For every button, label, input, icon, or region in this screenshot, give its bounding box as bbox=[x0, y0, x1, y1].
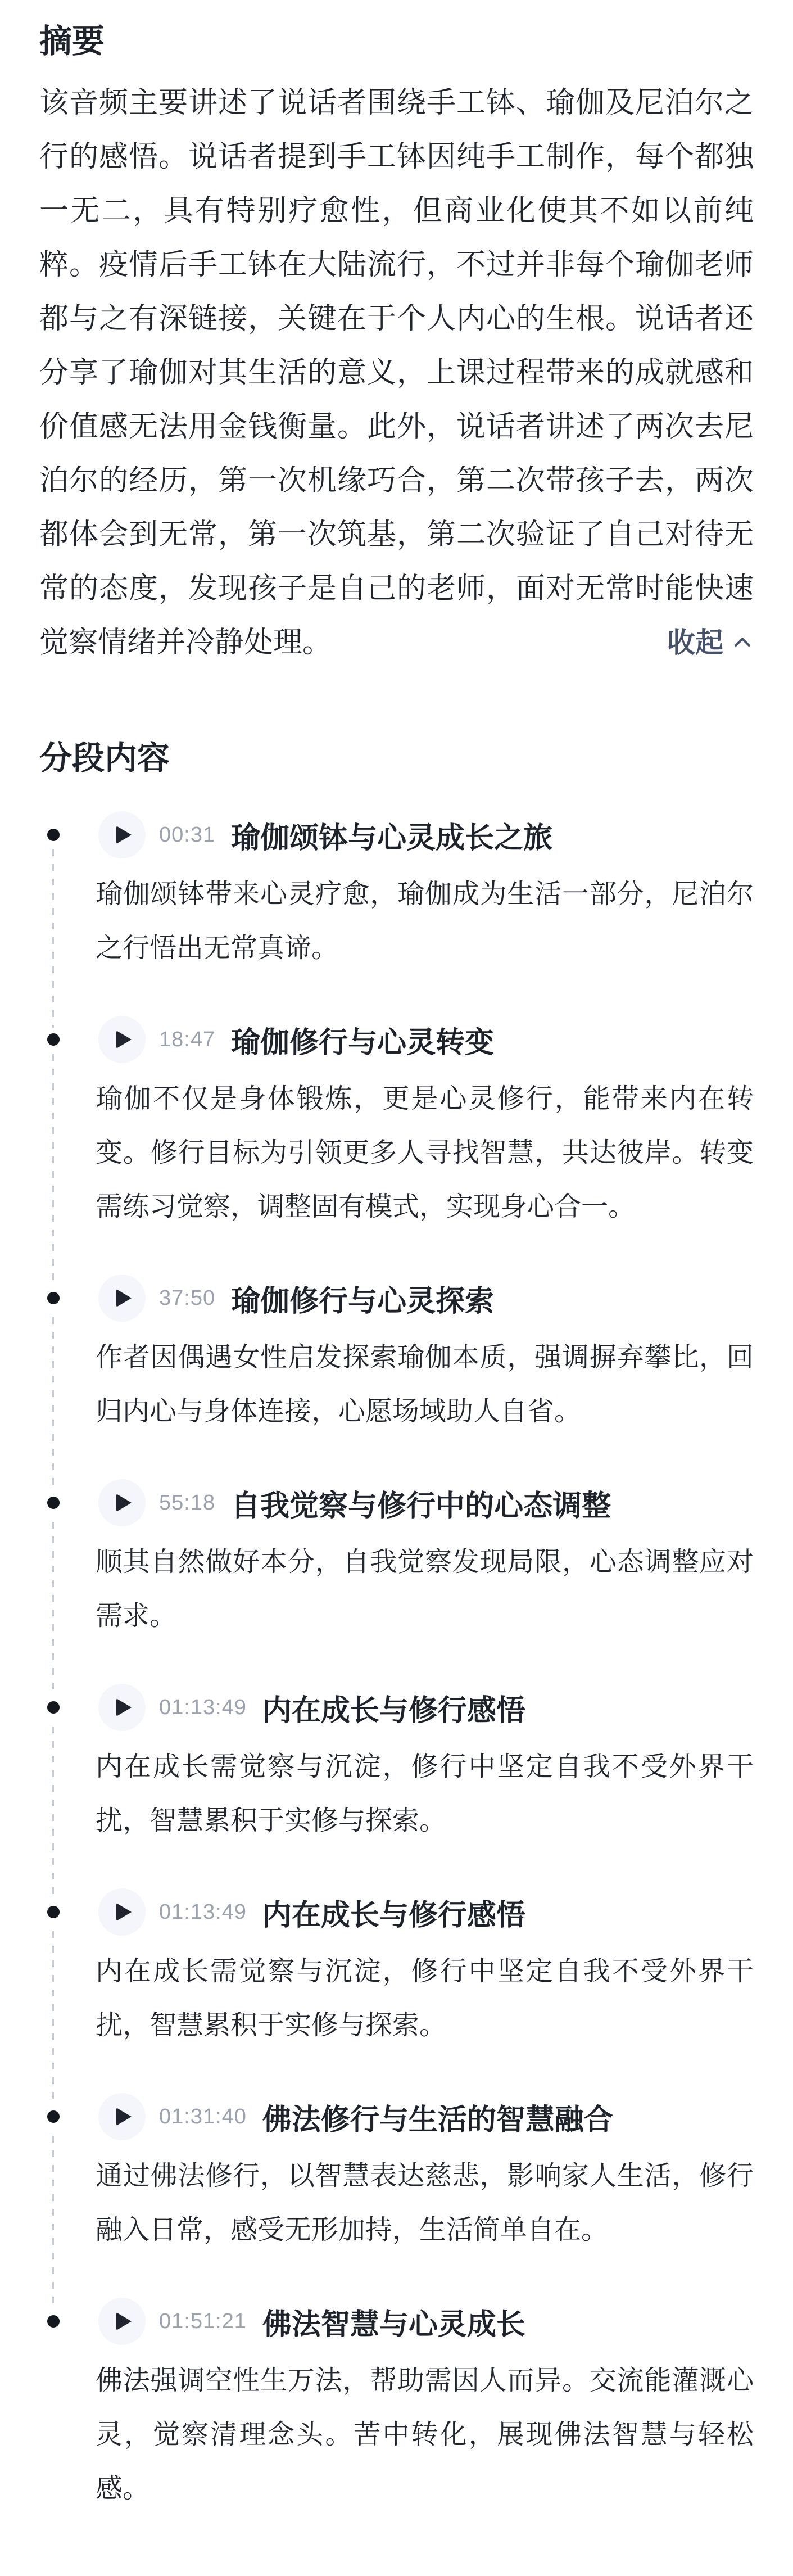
segment-title: 瑜伽修行与心灵探索 bbox=[231, 1277, 494, 1319]
summary-text-content: 该音频主要讲述了说话者围绕手工钵、瑜伽及尼泊尔之行的感悟。说话者提到手工钵因纯手… bbox=[39, 87, 754, 659]
summary-text: 该音频主要讲述了说话者围绕手工钵、瑜伽及尼泊尔之行的感悟。说话者提到手工钵因纯手… bbox=[39, 76, 754, 670]
collapse-label: 收起 bbox=[667, 616, 723, 670]
play-button[interactable] bbox=[98, 2298, 146, 2345]
segment-timestamp: 18:47 bbox=[159, 1028, 215, 1052]
timeline-dot bbox=[42, 823, 65, 847]
segment-title: 瑜伽修行与心灵转变 bbox=[231, 1019, 494, 1061]
segment-row: 37:50 瑜伽修行与心灵探索 bbox=[39, 1275, 754, 1322]
segments-heading: 分段内容 bbox=[39, 738, 754, 779]
segment-item-5: 01:13:49 内在成长与修行感悟 内在成长需觉察与沉淀，修行中坚定自我不受外… bbox=[39, 1684, 754, 1848]
segments-timeline: 00:31 瑜伽颂钵与心灵成长之旅 瑜伽颂钵带来心灵疗愈，瑜伽成为生活一部分，尼… bbox=[39, 811, 754, 2516]
timeline-dot bbox=[42, 1900, 65, 1924]
segment-row: 00:31 瑜伽颂钵与心灵成长之旅 bbox=[39, 811, 754, 858]
segment-row: 18:47 瑜伽修行与心灵转变 bbox=[39, 1016, 754, 1063]
segment-description: 瑜伽不仅是身体锻炼，更是心灵修行，能带来内在转变。修行目标为引领更多人寻找智慧，… bbox=[96, 1072, 754, 1234]
summary-page: 摘要 该音频主要讲述了说话者围绕手工钵、瑜伽及尼泊尔之行的感悟。说话者提到手工钵… bbox=[0, 0, 793, 2566]
play-icon bbox=[116, 2312, 132, 2330]
timeline-dot bbox=[42, 2105, 65, 2128]
segment-timestamp: 55:18 bbox=[159, 1491, 215, 1515]
play-icon bbox=[116, 2108, 132, 2126]
segment-timestamp: 37:50 bbox=[159, 1286, 215, 1310]
segment-item-7: 01:31:40 佛法修行与生活的智慧融合 通过佛法修行，以智慧表达慈悲，影响家… bbox=[39, 2093, 754, 2257]
segment-description: 内在成长需觉察与沉淀，修行中坚定自我不受外界干扰，智慧累积于实修与探索。 bbox=[96, 1740, 754, 1848]
segment-title: 内在成长与修行感悟 bbox=[262, 1891, 525, 1933]
segment-item-3: 37:50 瑜伽修行与心灵探索 作者因偶遇女性启发探索瑜伽本质，强调摒弃攀比，回… bbox=[39, 1275, 754, 1439]
timeline-dot bbox=[42, 2310, 65, 2333]
segment-description: 通过佛法修行，以智慧表达慈悲，影响家人生活，修行融入日常，感受无形加持，生活简单… bbox=[96, 2149, 754, 2257]
summary-heading: 摘要 bbox=[39, 21, 754, 62]
play-icon bbox=[116, 1494, 132, 1512]
segment-item-1: 00:31 瑜伽颂钵与心灵成长之旅 瑜伽颂钵带来心灵疗愈，瑜伽成为生活一部分，尼… bbox=[39, 811, 754, 975]
segment-item-2: 18:47 瑜伽修行与心灵转变 瑜伽不仅是身体锻炼，更是心灵修行，能带来内在转变… bbox=[39, 1016, 754, 1234]
segment-title: 内在成长与修行感悟 bbox=[262, 1687, 525, 1729]
segment-row: 01:51:21 佛法智慧与心灵成长 bbox=[39, 2298, 754, 2345]
segment-item-4: 55:18 自我觉察与修行中的心态调整 顺其自然做好本分，自我觉察发现局限，心态… bbox=[39, 1479, 754, 1643]
play-button[interactable] bbox=[98, 811, 146, 858]
play-button[interactable] bbox=[98, 1016, 146, 1063]
play-button[interactable] bbox=[98, 1275, 146, 1322]
segment-title: 佛法智慧与心灵成长 bbox=[262, 2301, 525, 2343]
timeline-dot bbox=[42, 1696, 65, 1719]
play-button[interactable] bbox=[98, 1888, 146, 1936]
segment-timestamp: 01:51:21 bbox=[159, 2310, 247, 2334]
timeline-dot bbox=[42, 1286, 65, 1310]
segment-timestamp: 01:13:49 bbox=[159, 1696, 247, 1720]
segment-description: 佛法强调空性生万法，帮助需因人而异。交流能灌溉心灵，觉察清理念头。苦中转化，展现… bbox=[96, 2354, 754, 2516]
play-icon bbox=[116, 1289, 132, 1307]
timeline-dot bbox=[42, 1491, 65, 1515]
play-icon bbox=[116, 1903, 132, 1921]
segment-timestamp: 01:13:49 bbox=[159, 1900, 247, 1924]
segment-row: 01:13:49 内在成长与修行感悟 bbox=[39, 1684, 754, 1731]
segment-timestamp: 00:31 bbox=[159, 823, 215, 847]
segment-description: 顺其自然做好本分，自我觉察发现局限，心态调整应对需求。 bbox=[96, 1535, 754, 1643]
segment-title: 瑜伽颂钵与心灵成长之旅 bbox=[231, 814, 552, 856]
segment-description: 作者因偶遇女性启发探索瑜伽本质，强调摒弃攀比，回归内心与身体连接，心愿场域助人自… bbox=[96, 1331, 754, 1439]
segment-row: 01:31:40 佛法修行与生活的智慧融合 bbox=[39, 2093, 754, 2140]
collapse-button[interactable]: 收起 bbox=[655, 616, 754, 670]
segment-description: 瑜伽颂钵带来心灵疗愈，瑜伽成为生活一部分，尼泊尔之行悟出无常真谛。 bbox=[96, 867, 754, 975]
play-icon bbox=[116, 826, 132, 844]
segment-item-8: 01:51:21 佛法智慧与心灵成长 佛法强调空性生万法，帮助需因人而异。交流能… bbox=[39, 2298, 754, 2516]
segment-row: 01:13:49 内在成长与修行感悟 bbox=[39, 1888, 754, 1936]
segment-row: 55:18 自我觉察与修行中的心态调整 bbox=[39, 1479, 754, 1526]
segment-description: 内在成长需觉察与沉淀，修行中坚定自我不受外界干扰，智慧累积于实修与探索。 bbox=[96, 1945, 754, 2053]
play-button[interactable] bbox=[98, 1479, 146, 1526]
chevron-up-icon bbox=[731, 631, 754, 654]
play-icon bbox=[116, 1698, 132, 1716]
timeline-dot bbox=[42, 1028, 65, 1051]
play-button[interactable] bbox=[98, 1684, 146, 1731]
segment-title: 自我觉察与修行中的心态调整 bbox=[231, 1482, 611, 1524]
segment-item-6: 01:13:49 内在成长与修行感悟 内在成长需觉察与沉淀，修行中坚定自我不受外… bbox=[39, 1888, 754, 2053]
segment-title: 佛法修行与生活的智慧融合 bbox=[262, 2096, 613, 2138]
play-icon bbox=[116, 1031, 132, 1049]
segment-timestamp: 01:31:40 bbox=[159, 2105, 247, 2129]
play-button[interactable] bbox=[98, 2093, 146, 2140]
